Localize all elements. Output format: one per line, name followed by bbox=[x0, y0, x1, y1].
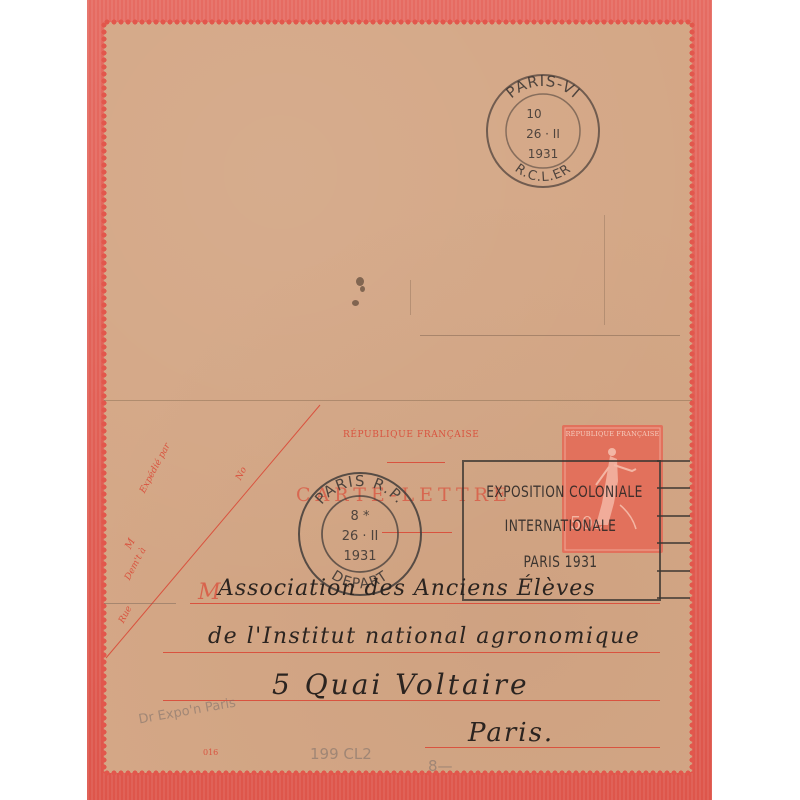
svg-text:PARIS R.P.: PARIS R.P. bbox=[311, 472, 409, 508]
svg-text:PARIS-VI: PARIS-VI bbox=[502, 72, 583, 102]
address-line-3: 5 Quai Voltaire bbox=[272, 668, 530, 701]
ink-smudge bbox=[356, 277, 364, 286]
address-line-2: de l'Institut national agronomique bbox=[208, 624, 640, 649]
flag-cancel-bar bbox=[657, 487, 690, 489]
flag-cancel-bar bbox=[657, 515, 690, 517]
stamp-header: RÉPUBLIQUE FRANÇAISE bbox=[562, 430, 663, 438]
flag-cancel-bar bbox=[657, 597, 690, 599]
ornament-rule bbox=[387, 462, 445, 463]
perforation-top bbox=[104, 19, 692, 25]
postmark-paris-vi: PARIS-VI R.C.L.ER 10 26 · II 1931 bbox=[478, 66, 608, 196]
address-rule-2 bbox=[163, 652, 660, 653]
flag-cancel-line-2: INTERNATIONALE bbox=[478, 516, 644, 535]
flag-cancel-bar bbox=[657, 542, 690, 544]
svg-text:1931: 1931 bbox=[528, 147, 559, 161]
pencil-note-catalog: 199 CL2 bbox=[310, 745, 372, 763]
ink-smudge bbox=[360, 286, 365, 292]
svg-text:26 · II: 26 · II bbox=[342, 529, 379, 544]
address-line-1: Association des Anciens Élèves bbox=[218, 576, 596, 601]
address-rule-1 bbox=[190, 603, 660, 604]
svg-text:10: 10 bbox=[526, 107, 541, 121]
svg-text:26 · II: 26 · II bbox=[526, 127, 560, 141]
fold-line bbox=[104, 400, 692, 401]
offset-mark-line bbox=[420, 335, 680, 336]
address-rule-dashed bbox=[104, 603, 176, 604]
svg-text:1931: 1931 bbox=[343, 549, 376, 564]
perforation-right bbox=[689, 22, 695, 773]
country-heading: RÉPUBLIQUE FRANÇAISE bbox=[343, 430, 479, 440]
offset-mark-vertical bbox=[410, 280, 411, 315]
flag-cancel-line-1: EXPOSITION COLONIALE bbox=[482, 482, 648, 501]
flag-cancel-line-3: PARIS 1931 bbox=[478, 552, 644, 571]
ink-smudge bbox=[352, 300, 359, 306]
plate-number: 016 bbox=[203, 748, 218, 757]
pencil-note-price: 8— bbox=[428, 757, 453, 775]
flag-cancel-bar bbox=[657, 460, 690, 462]
svg-text:8 *: 8 * bbox=[351, 509, 370, 524]
flag-cancel-bar bbox=[657, 570, 690, 572]
address-line-4: Paris. bbox=[468, 718, 554, 748]
offset-mark-vertical bbox=[604, 215, 605, 325]
